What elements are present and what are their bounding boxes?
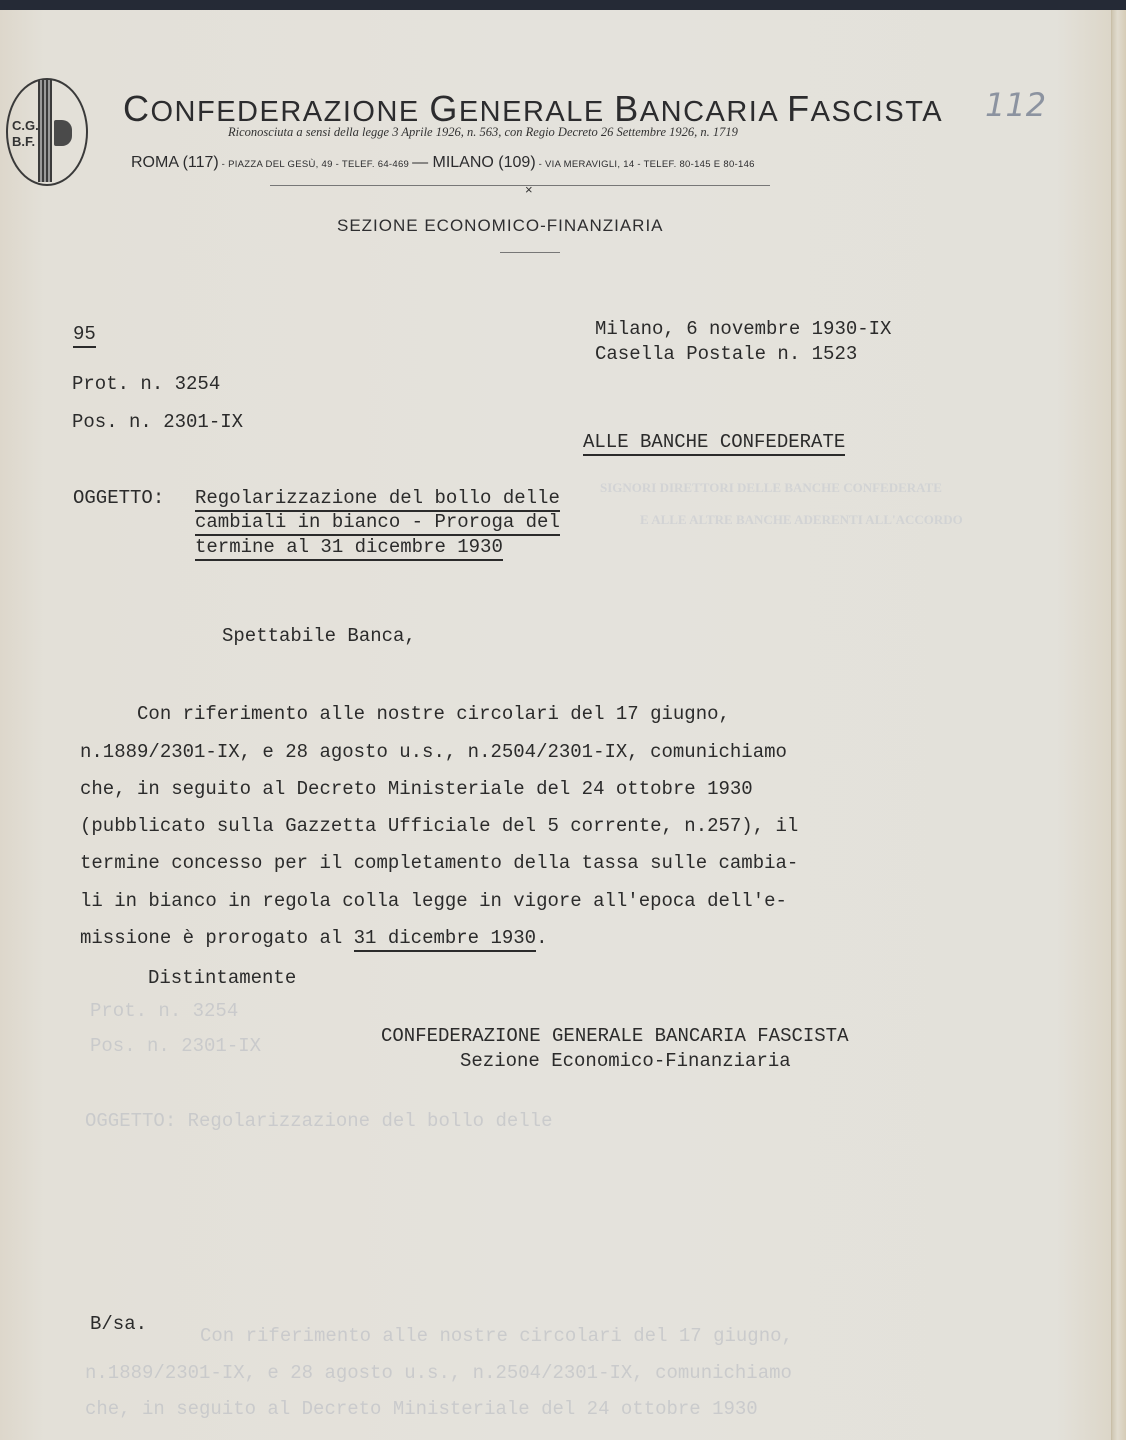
section-title: SEZIONE ECONOMICO-FINANZIARIA <box>337 216 664 236</box>
subject-line: cambiali in bianco - Proroga del <box>195 511 560 533</box>
po-box: Casella Postale n. 1523 <box>595 343 857 365</box>
bleed-through-text: Prot. n. 3254 <box>90 1000 238 1022</box>
subject-label: OGGETTO: <box>73 487 164 509</box>
deadline-date: 31 dicembre 1930 <box>354 927 536 952</box>
page-edge <box>1111 10 1126 1440</box>
roma-city: ROMA (117) <box>131 154 219 171</box>
legal-recognition-note: Riconosciuta a sensi della legge 3 April… <box>228 125 738 140</box>
body-line: n.1889/2301-IX, e 28 agosto u.s., n.2504… <box>80 741 787 763</box>
fasces-rod-icon <box>38 80 52 182</box>
body-line: Con riferimento alle nostre circolari de… <box>80 703 730 725</box>
section-divider <box>500 252 560 253</box>
bleed-through-text: che, in seguito al Decreto Ministeriale … <box>85 1398 758 1420</box>
roma-address: - PIAZZA DEL GESÙ, 49 - TELEF. 64-469 <box>219 159 412 170</box>
typist-initials: B/sa. <box>90 1313 147 1335</box>
axe-icon <box>54 120 72 146</box>
milano-city: MILANO (109) <box>428 154 536 171</box>
milano-address: - VIA MERAVIGLI, 14 - TELEF. 80-145 E 80… <box>536 159 755 170</box>
body-line: (pubblicato sulla Gazzetta Ufficiale del… <box>80 815 798 837</box>
organization-title: CONFEDERAZIONE GENERALE BANCARIA FASCIST… <box>123 88 943 130</box>
closing: Distintamente <box>148 967 296 989</box>
office-addresses: ROMA (117) - PIAZZA DEL GESÙ, 49 - TELEF… <box>131 154 755 172</box>
confederation-logo: C.G. B.F. <box>6 78 88 186</box>
bleed-through-text: Con riferimento alle nostre circolari de… <box>200 1325 793 1347</box>
ornament-icon: × <box>525 182 533 197</box>
bleed-through-text: E ALLE ALTRE BANCHE ADERENTI ALL'ACCORDO <box>640 512 963 528</box>
body-line: missione è prorogato al 31 dicembre 1930… <box>80 927 548 949</box>
bleed-through-text: OGGETTO: Regolarizzazione del bollo dell… <box>85 1110 552 1132</box>
body-line: li in bianco in regola colla legge in vi… <box>80 890 787 912</box>
body-line: termine concesso per il completamento de… <box>80 852 798 874</box>
signature-section: Sezione Economico-Finanziaria <box>460 1050 791 1072</box>
bleed-through-text: Pos. n. 2301-IX <box>90 1035 261 1057</box>
place-and-date: Milano, 6 novembre 1930-IX <box>595 318 891 340</box>
letterhead-divider <box>270 185 770 186</box>
salutation: Spettabile Banca, <box>222 625 416 647</box>
logo-initials: C.G. B.F. <box>12 118 39 150</box>
body-line: che, in seguito al Decreto Ministeriale … <box>80 778 753 800</box>
position-number: Pos. n. 2301-IX <box>72 411 243 433</box>
reference-number: 95 <box>73 323 96 345</box>
protocol-number: Prot. n. 3254 <box>72 373 220 395</box>
subject-line: termine al 31 dicembre 1930 <box>195 536 503 558</box>
archive-page-number: 112 <box>985 86 1046 124</box>
bleed-through-text: n.1889/2301-IX, e 28 agosto u.s., n.2504… <box>85 1362 792 1384</box>
subject-line: Regolarizzazione del bollo delle <box>195 487 560 509</box>
signature-organization: CONFEDERAZIONE GENERALE BANCARIA FASCIST… <box>381 1025 848 1047</box>
bleed-through-text: SIGNORI DIRETTORI DELLE BANCHE CONFEDERA… <box>600 480 942 496</box>
recipient: ALLE BANCHE CONFEDERATE <box>583 431 845 453</box>
